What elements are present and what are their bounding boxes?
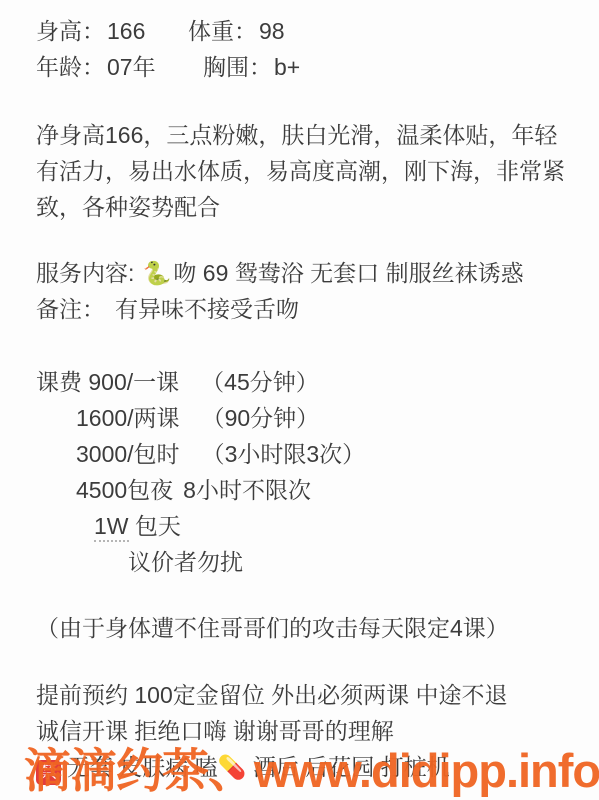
note-label: 备注： [36,296,105,322]
pricing-row-1: 课费 900/一课（45分钟） [36,364,577,400]
weight-value: 98 [259,18,285,44]
watermark-url: www.didipp.info [254,744,599,797]
watermark: 滴滴约茶、www.didipp.info [24,746,599,796]
bust-stat: 胸围：b+ [203,49,300,85]
pricing-row-3: 3000/包时（3小时限3次） [76,436,577,472]
age-stat: 年龄：07年 [36,49,203,85]
price-3: 3000/包时 [76,441,180,467]
services-list: 吻 69 鸳鸯浴 无套口 制服丝袜诱惑 [173,260,523,286]
services-line: 服务内容: 🐍吻 69 鸳鸯浴 无套口 制服丝袜诱惑 [36,255,577,291]
price-4-detail: 8小时不限次 [183,477,311,503]
price-1: 课费 900/一课 [36,369,179,395]
price-3-detail: （3小时限3次） [202,441,366,467]
stats-row-1: 身高：166体重：98 [36,13,577,49]
weight-label: 体重： [188,18,257,44]
pricing-row-6: 议价者勿扰 [128,544,577,580]
height-value: 166 [107,18,145,44]
price-5-suffix: 包天 [129,513,181,539]
age-value: 07年 [107,54,156,80]
snake-emoji: 🐍 [143,260,172,286]
price-4: 4500包夜 [76,477,173,503]
height-stat: 身高：166 [36,13,188,49]
ad-text-screenshot: 身高：166体重：98 年龄：07年胸围：b+ 净身高166，三点粉嫩，肤白光滑… [0,0,599,800]
height-label: 身高： [36,18,105,44]
pricing-block: 课费 900/一课（45分钟） 1600/两课（90分钟） 3000/包时（3小… [36,364,577,580]
pricing-row-2: 1600/两课（90分钟） [76,400,577,436]
price-2-detail: （90分钟） [202,405,320,431]
note-line: 备注：有异味不接受舌吻 [36,291,577,327]
note-text: 有异味不接受舌吻 [115,296,299,322]
intro-paragraph: 净身高166，三点粉嫩，肤白光滑，温柔体贴，年轻有活力，易出水体质，易高度高潮，… [36,117,576,225]
pricing-row-5: 1W 包天 [94,508,577,544]
bust-value: b+ [274,54,300,80]
content: 身高：166体重：98 年龄：07年胸围：b+ 净身高166，三点粉嫩，肤白光滑… [0,0,599,785]
stats-row-2: 年龄：07年胸围：b+ [36,49,577,85]
watermark-brand: 滴滴约茶、 [24,744,254,797]
age-label: 年龄： [36,54,105,80]
price-2: 1600/两课 [76,405,180,431]
weight-stat: 体重：98 [188,13,285,49]
daily-limit-note: （由于身体遭不住哥哥们的攻击每天限定4课） [36,610,577,646]
services-label: 服务内容: [36,260,134,286]
services-block: 服务内容: 🐍吻 69 鸳鸯浴 无套口 制服丝袜诱惑 备注：有异味不接受舌吻 [36,255,577,327]
bust-label: 胸围： [203,54,272,80]
booking-line-1: 提前预约 100定金留位 外出必须两课 中途不退 [36,677,577,713]
price-1-detail: （45分钟） [201,369,319,395]
price-5-underlined: 1W [94,513,129,542]
pricing-row-4: 4500包夜8小时不限次 [76,472,577,508]
price-6: 议价者勿扰 [128,549,243,575]
